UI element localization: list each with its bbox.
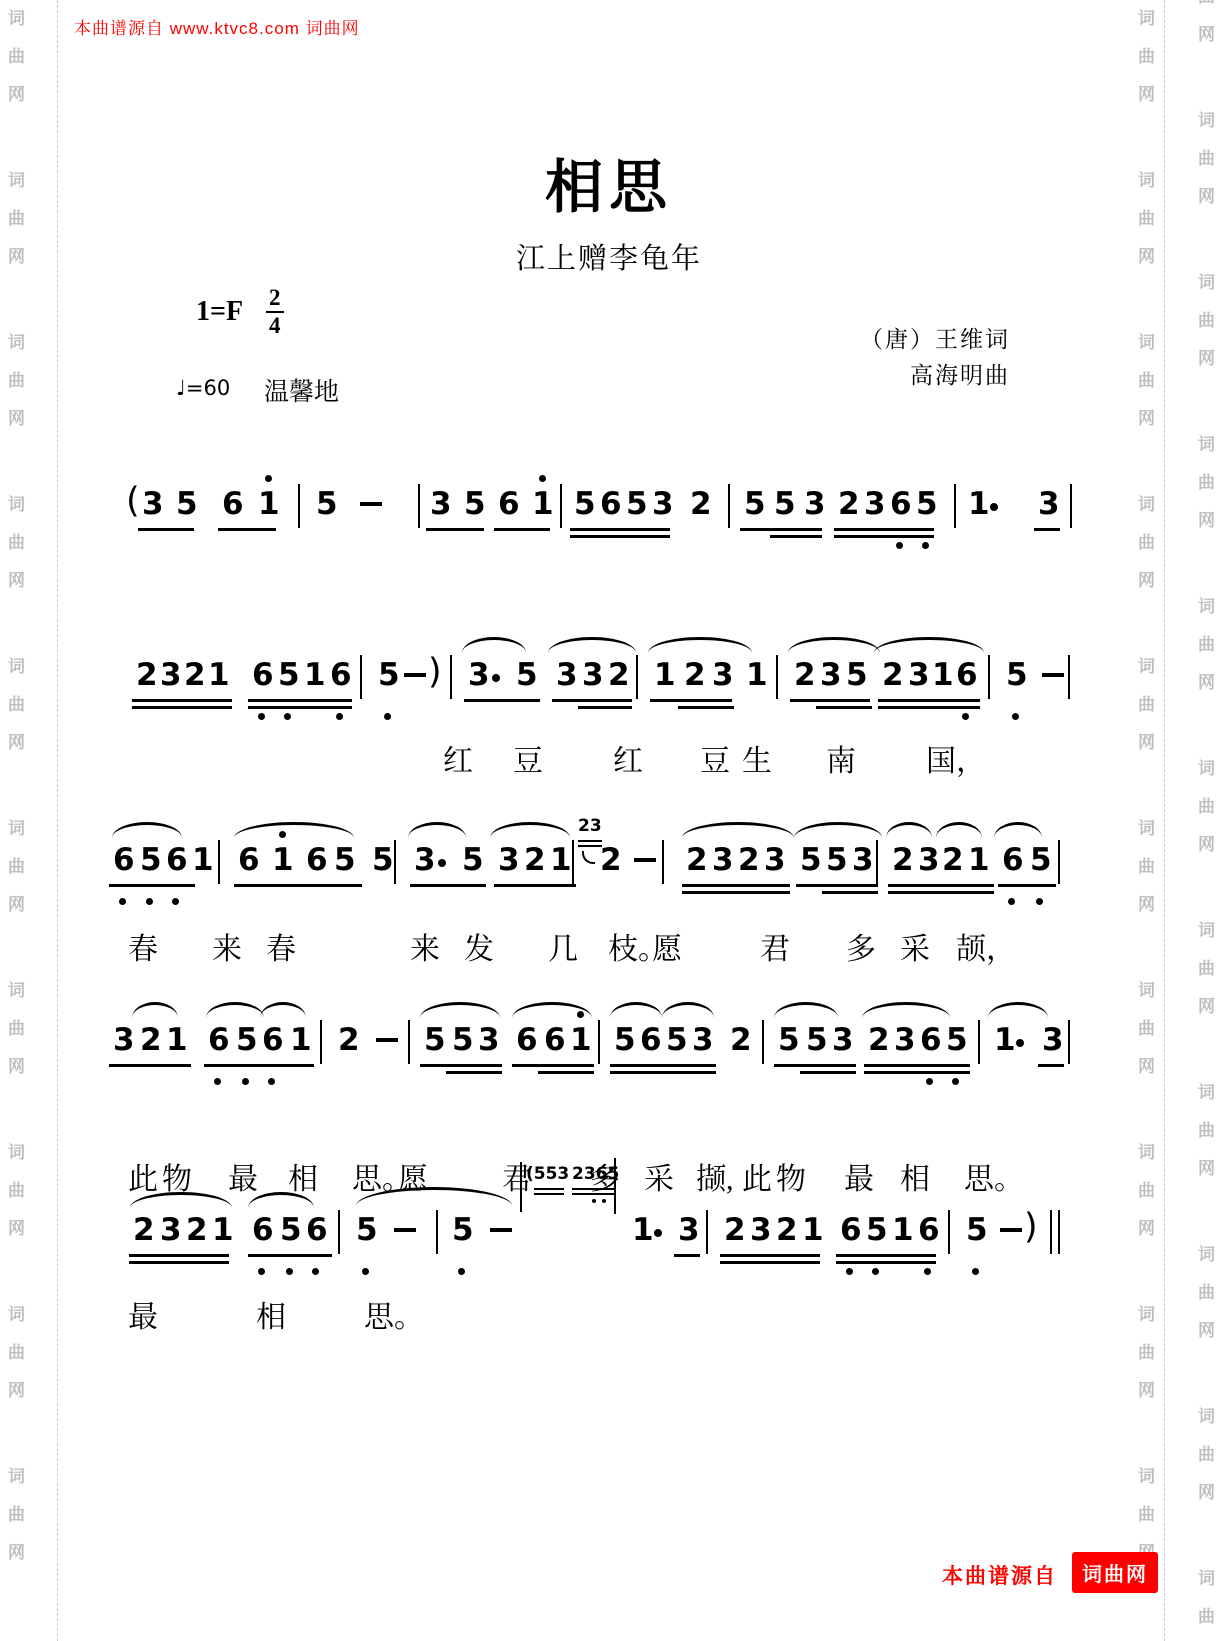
barline xyxy=(1068,655,1070,699)
note: 5 xyxy=(236,1023,258,1057)
note: 3 xyxy=(160,658,182,692)
note: 2 xyxy=(136,658,158,692)
note: 6 xyxy=(222,487,244,521)
note: 2 xyxy=(184,658,206,692)
octave-dot-low xyxy=(312,1268,319,1275)
slur-arc xyxy=(788,637,880,653)
watermark-char: 曲 xyxy=(8,852,25,877)
note: 6 xyxy=(306,1213,328,1247)
beam-underline xyxy=(218,528,276,531)
watermark-char: 曲 xyxy=(1138,366,1155,391)
slur-arc xyxy=(862,1002,950,1018)
rest-dash xyxy=(1000,1228,1022,1232)
watermark-char: 词 xyxy=(1138,4,1155,29)
beam-underline xyxy=(1038,1064,1064,1067)
barline xyxy=(948,1210,950,1254)
octave-dot-low xyxy=(286,1268,293,1275)
lyric-syllable: 南 xyxy=(826,736,856,780)
augmentation-dot xyxy=(492,674,500,682)
barline xyxy=(394,840,396,884)
beam-underline xyxy=(864,1064,970,1067)
note: 6 xyxy=(113,843,135,877)
lyric-syllable: 豆 xyxy=(700,736,730,780)
barline xyxy=(408,1020,410,1064)
barline xyxy=(218,840,220,884)
note: 1 xyxy=(994,1023,1016,1057)
watermark-char: 词 xyxy=(8,328,25,353)
slur-arc xyxy=(408,822,466,838)
barline xyxy=(338,1210,340,1254)
octave-dot-low xyxy=(284,713,291,720)
slur-arc xyxy=(132,1002,178,1018)
note: 3 xyxy=(678,1213,700,1247)
watermark-char: 词 xyxy=(8,490,25,515)
octave-dot-low xyxy=(1008,898,1015,905)
note: 1 xyxy=(550,843,572,877)
note: 1 xyxy=(208,658,230,692)
note: 1 xyxy=(932,658,954,692)
lyric-syllable: 愿 xyxy=(652,924,682,968)
note: 5 xyxy=(744,487,766,521)
barline xyxy=(954,484,956,528)
note: 6 xyxy=(640,1023,662,1057)
watermark-char: 网 xyxy=(1138,404,1155,429)
watermark-char: 曲 xyxy=(8,42,25,67)
lyric-syllable: 红 xyxy=(613,736,643,780)
note: 6 xyxy=(840,1213,862,1247)
note: 5 xyxy=(774,487,796,521)
note: 3 xyxy=(478,1023,500,1057)
lyric-syllable: 此 xyxy=(128,1154,158,1198)
note: 5 xyxy=(280,1213,302,1247)
octave-dot-low xyxy=(258,713,265,720)
beam-underline xyxy=(834,535,934,538)
note: 2 xyxy=(868,1023,890,1057)
beam-underline xyxy=(129,1254,229,1257)
beam-underline xyxy=(426,528,484,531)
lyric-syllable: 多 xyxy=(846,924,876,968)
barline xyxy=(436,1210,438,1254)
lyric-syllable: 生 xyxy=(742,736,772,780)
watermark-char: 词 xyxy=(8,976,25,1001)
watermark-char: 网 xyxy=(1138,890,1155,915)
beam-underline xyxy=(878,706,980,709)
note: 3 xyxy=(468,658,490,692)
note: 1 xyxy=(532,487,554,521)
slur-arc xyxy=(682,822,794,838)
note: 1 xyxy=(304,658,326,692)
watermark-char: 词 xyxy=(1198,430,1215,455)
lyric-syllable: 多 xyxy=(590,1154,620,1198)
watermark-char: 曲 xyxy=(8,1338,25,1363)
note: 5 xyxy=(140,843,162,877)
rest-dash xyxy=(404,673,426,677)
lyric-syllable: 思。 xyxy=(364,1292,424,1336)
slur-arc xyxy=(512,1002,592,1018)
page-subtitle: 江上赠李龟年 xyxy=(0,236,1218,277)
watermark-char: 曲 xyxy=(1138,1014,1155,1039)
octave-dot-low xyxy=(952,1078,959,1085)
beam-underline xyxy=(878,699,980,702)
watermark-char: 词 xyxy=(1138,652,1155,677)
beam-underline xyxy=(494,884,576,887)
barline xyxy=(762,1020,764,1064)
watermark-char: 网 xyxy=(1198,830,1215,855)
watermark-char: 词 xyxy=(8,1138,25,1163)
augmentation-dot xyxy=(438,859,446,867)
note: 3 xyxy=(804,487,826,521)
watermark-char: 网 xyxy=(8,728,25,753)
slur-arc xyxy=(490,822,570,838)
beam-underline xyxy=(248,1254,332,1257)
watermark-char: 曲 xyxy=(1198,1278,1215,1303)
grace-underline xyxy=(534,1188,564,1190)
beam-underline xyxy=(796,884,878,887)
note: 6 xyxy=(920,1023,942,1057)
grace-underline xyxy=(534,1193,564,1195)
watermark-char: 网 xyxy=(8,1052,25,1077)
note: 5 xyxy=(278,658,300,692)
beam-underline xyxy=(720,1261,820,1264)
watermark-char: 词 xyxy=(1138,1300,1155,1325)
watermark-char: 网 xyxy=(1198,506,1215,531)
beam-underline xyxy=(998,884,1056,887)
note: 2 xyxy=(684,658,706,692)
beam-underline xyxy=(834,528,934,531)
rest-dash xyxy=(394,1228,416,1232)
lyric-syllable: 物 xyxy=(776,1154,806,1198)
octave-dot-low xyxy=(922,542,929,549)
note: 3 xyxy=(430,487,452,521)
note: 5 xyxy=(372,843,394,877)
octave-dot-low xyxy=(146,898,153,905)
octave-dot-low xyxy=(362,1268,369,1275)
note: 5 xyxy=(316,487,338,521)
key-signature: 1=F xyxy=(196,296,243,328)
beam-underline xyxy=(720,1254,820,1257)
note: 6 xyxy=(600,487,622,521)
slur-arc xyxy=(874,637,984,653)
watermark-char: 曲 xyxy=(8,528,25,553)
beam-underline xyxy=(578,706,632,709)
barline xyxy=(1058,1210,1060,1254)
note: 3 xyxy=(852,843,874,877)
watermark-char: 网 xyxy=(8,1538,25,1563)
note: 5 xyxy=(462,843,484,877)
note: 1 xyxy=(570,1023,592,1057)
watermark-char: 词 xyxy=(1138,490,1155,515)
lyric-syllable: 春 xyxy=(266,924,296,968)
slur-arc xyxy=(260,1002,306,1018)
note: 5 xyxy=(574,487,596,521)
beam-underline xyxy=(682,884,790,887)
watermark-char: 曲 xyxy=(1198,1116,1215,1141)
note: 5 xyxy=(378,658,400,692)
watermark-char: 词 xyxy=(1138,1138,1155,1163)
note: 2 xyxy=(882,658,904,692)
note: 5 xyxy=(916,487,938,521)
watermark-char: 曲 xyxy=(1198,792,1215,817)
beam-underline xyxy=(552,699,632,702)
beam-underline xyxy=(538,1071,594,1074)
note: 2 xyxy=(524,843,546,877)
note: 3 xyxy=(918,843,940,877)
note: 1 xyxy=(632,1213,654,1247)
barline xyxy=(360,655,362,699)
barline xyxy=(450,655,452,699)
note: 1 xyxy=(968,843,990,877)
octave-dot-low xyxy=(1012,713,1019,720)
lyric-syllable: 相 xyxy=(288,1154,318,1198)
note: 1 xyxy=(746,658,768,692)
beam-underline xyxy=(138,528,194,531)
note: 2 xyxy=(690,487,712,521)
barline xyxy=(1050,1210,1052,1254)
grace-octave-dot xyxy=(602,1199,606,1203)
lyric-syllable: 颉， xyxy=(956,924,1016,968)
beam-underline xyxy=(674,1254,700,1257)
note: 6 xyxy=(890,487,912,521)
octave-dot-low xyxy=(172,898,179,905)
note: 2 xyxy=(730,1023,752,1057)
note: 2 xyxy=(892,843,914,877)
note: 5 xyxy=(866,1213,888,1247)
lyric-syllable: 来 xyxy=(212,924,242,968)
note: 3 xyxy=(1038,487,1060,521)
slur-arc xyxy=(420,1002,500,1018)
watermark-char: 词 xyxy=(8,652,25,677)
note: 3 xyxy=(820,658,842,692)
slur-arc xyxy=(462,637,526,653)
lyric-syllable: 君 xyxy=(760,924,790,968)
beam-underline xyxy=(248,699,352,702)
note: 3 xyxy=(160,1213,182,1247)
lyric-syllable: 春 xyxy=(128,924,158,968)
note: 2 xyxy=(140,1023,162,1057)
slur-arc xyxy=(234,822,354,838)
note: 6 xyxy=(1002,843,1024,877)
source-note-bottom: 本曲谱源自 xyxy=(942,1560,1057,1590)
beam-underline xyxy=(132,699,232,702)
octave-dot-low xyxy=(896,542,903,549)
beam-underline xyxy=(800,1071,856,1074)
note: 3 xyxy=(1042,1023,1064,1057)
watermark-char: 曲 xyxy=(1138,852,1155,877)
octave-dot-low xyxy=(458,1268,465,1275)
octave-dot-low xyxy=(872,1268,879,1275)
time-signature-numerator: 2 xyxy=(266,286,284,313)
lyric-syllable: 君 xyxy=(502,1154,532,1198)
slur-arc xyxy=(994,822,1042,838)
note: 6 xyxy=(306,843,328,877)
note: 6 xyxy=(544,1023,566,1057)
beam-underline xyxy=(204,1064,314,1067)
watermark-char: 词 xyxy=(1138,814,1155,839)
note: 2 xyxy=(776,1213,798,1247)
watermark-char: 网 xyxy=(8,80,25,105)
watermark-char: 曲 xyxy=(8,1500,25,1525)
barline xyxy=(1068,1020,1070,1064)
lyric-syllable: 采 xyxy=(644,1154,674,1198)
barline xyxy=(728,484,730,528)
watermark-char: 网 xyxy=(1198,668,1215,693)
note: 6 xyxy=(252,1213,274,1247)
watermark-char: 词 xyxy=(1198,916,1215,941)
watermark-char: 网 xyxy=(1138,80,1155,105)
note: 3 xyxy=(692,1023,714,1057)
note: 3 xyxy=(498,843,520,877)
note: 3 xyxy=(556,658,578,692)
note: 1 xyxy=(968,487,990,521)
note: 5 xyxy=(666,1023,688,1057)
watermark-char: 词 xyxy=(1198,592,1215,617)
note: 1 xyxy=(802,1213,824,1247)
note: 6 xyxy=(238,843,260,877)
barline xyxy=(418,484,420,528)
watermark-char: 词 xyxy=(1138,976,1155,1001)
beam-underline xyxy=(129,1261,229,1264)
note: 6 xyxy=(262,1023,284,1057)
grace-cue-note: (553 xyxy=(526,1164,569,1184)
tempo-marking: ♩=60 xyxy=(176,376,230,400)
grace-cue-note: 23 xyxy=(578,816,602,836)
watermark-char: 曲 xyxy=(1138,1338,1155,1363)
slur-arc xyxy=(794,822,882,838)
beam-underline xyxy=(682,891,790,894)
slur-arc xyxy=(662,1002,714,1018)
note: 5 xyxy=(946,1023,968,1057)
note: 5 xyxy=(826,843,848,877)
barline xyxy=(776,655,778,699)
note: 3 xyxy=(582,658,604,692)
octave-dot-low xyxy=(1036,898,1043,905)
lyric-syllable: 撷, xyxy=(696,1154,734,1198)
beam-underline xyxy=(610,1071,716,1074)
beam-underline xyxy=(650,699,732,702)
note: 5 xyxy=(626,487,648,521)
lyric-syllable: 思。 xyxy=(964,1154,1024,1198)
lyric-syllable: 红 xyxy=(443,736,473,780)
note: 3 xyxy=(750,1213,772,1247)
watermark-char: 网 xyxy=(8,566,25,591)
note: 3 xyxy=(712,843,734,877)
composer-credit: 高海明曲 xyxy=(780,358,1010,394)
augmentation-dot xyxy=(654,1229,662,1237)
lyric-syllable: 此 xyxy=(742,1154,772,1198)
lyric-syllable: 愿 xyxy=(398,1154,428,1198)
note: 2 xyxy=(838,487,860,521)
lyric-syllable: 采 xyxy=(900,924,930,968)
barline xyxy=(320,1020,322,1064)
note: 3 xyxy=(414,843,436,877)
source-note-top: 本曲谱源自 www.ktvc8.com 词曲网 xyxy=(74,14,360,39)
barline xyxy=(572,840,574,884)
note: 5 xyxy=(452,1023,474,1057)
watermark-char: 曲 xyxy=(8,366,25,391)
note: 5 xyxy=(424,1023,446,1057)
octave-dot-low xyxy=(242,1078,249,1085)
note: 6 xyxy=(252,658,274,692)
octave-dot-low xyxy=(926,1078,933,1085)
barline xyxy=(706,1210,708,1254)
lyric-syllable: 物 xyxy=(162,1154,192,1198)
slur-arc xyxy=(648,637,752,653)
octave-dot-low xyxy=(214,1078,221,1085)
octave-dot-low xyxy=(336,713,343,720)
beam-underline xyxy=(446,1071,502,1074)
lyric-syllable: 最 xyxy=(128,1292,158,1336)
octave-dot-low xyxy=(119,898,126,905)
phrase-paren: ) xyxy=(428,655,442,690)
octave-dot-low xyxy=(846,1268,853,1275)
rest-dash xyxy=(376,1038,398,1042)
barline xyxy=(988,655,990,699)
watermark-char: 词 xyxy=(8,814,25,839)
watermark-char: 曲 xyxy=(1198,0,1215,7)
page-title: 相思 xyxy=(0,140,1218,224)
barline xyxy=(636,655,638,699)
lyric-syllable: 最 xyxy=(228,1154,258,1198)
watermark-char: 曲 xyxy=(1198,306,1215,331)
octave-dot-low xyxy=(268,1078,275,1085)
watermark-char: 网 xyxy=(1138,1376,1155,1401)
watermark-char: 网 xyxy=(8,1214,25,1239)
lyric-syllable: 国， xyxy=(926,736,986,780)
note: 3 xyxy=(764,843,786,877)
beam-underline xyxy=(109,884,195,887)
slur-arc xyxy=(988,1002,1048,1018)
slur-arc xyxy=(206,1002,264,1018)
note: 5 xyxy=(1006,658,1028,692)
watermark-char: 词 xyxy=(1198,1564,1215,1589)
rest-dash xyxy=(1042,673,1064,677)
note: 3 xyxy=(908,658,930,692)
note: 6 xyxy=(956,658,978,692)
note: 2 xyxy=(186,1213,208,1247)
note: 5 xyxy=(614,1023,636,1057)
note: 6 xyxy=(208,1023,230,1057)
lyric-syllable: 发 xyxy=(464,924,494,968)
beam-underline xyxy=(494,528,550,531)
watermark-char: 曲 xyxy=(1198,1440,1215,1465)
grace-hook xyxy=(582,851,595,864)
beam-underline xyxy=(464,699,540,702)
watermark-char: 网 xyxy=(1138,566,1155,591)
beam-underline xyxy=(234,884,362,887)
watermark-char: 词 xyxy=(1138,1462,1155,1487)
beam-underline xyxy=(790,699,870,702)
note: 5 xyxy=(1030,843,1052,877)
note: 5 xyxy=(846,658,868,692)
note: 5 xyxy=(334,843,356,877)
barline xyxy=(978,1020,980,1064)
note: 1 xyxy=(258,487,280,521)
watermark-char: 网 xyxy=(1138,1214,1155,1239)
slur-arc xyxy=(936,822,982,838)
lyric-syllable: 最 xyxy=(844,1154,874,1198)
beam-underline xyxy=(570,528,670,531)
note: 3 xyxy=(712,658,734,692)
note: 2 xyxy=(738,843,760,877)
beam-underline xyxy=(132,706,232,709)
watermark-char: 曲 xyxy=(1198,1602,1215,1627)
octave-dot-low xyxy=(384,713,391,720)
beam-underline xyxy=(109,1064,191,1067)
note: 2 xyxy=(133,1213,155,1247)
note: 1 xyxy=(192,843,214,877)
note: 2 xyxy=(686,843,708,877)
watermark-char: 网 xyxy=(1138,728,1155,753)
